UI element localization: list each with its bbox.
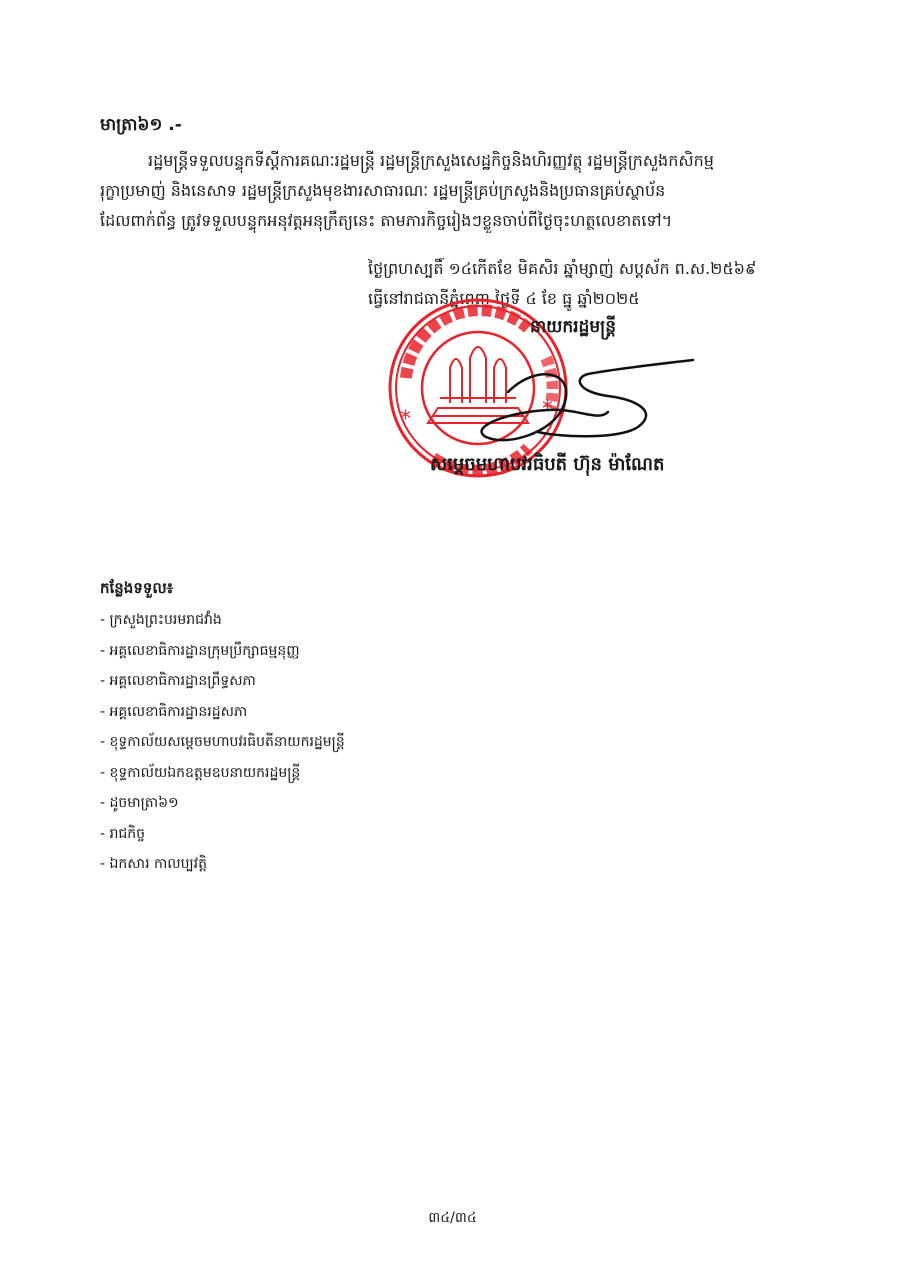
list-item: ឯកសារ កាលប្បវត្តិ bbox=[100, 849, 345, 880]
article-body: រដ្ឋមន្ត្រីទទួលបន្ទុកទីស្ដីការគណៈរដ្ឋមន្… bbox=[100, 146, 812, 236]
svg-text:*: * bbox=[400, 407, 411, 432]
list-item: អគ្គលេខាធិការដ្ឋានព្រឹទ្ធសភា bbox=[100, 666, 345, 697]
list-item: ខុទ្ទកាល័យសម្ដេចមហាបវរធិបតីនាយករដ្ឋមន្ត្… bbox=[100, 727, 345, 758]
article-body-line: ដែលពាក់ព័ន្ធ ត្រូវទទួលបន្ទុកអនុវត្តអនុក្… bbox=[100, 206, 812, 236]
document-page: មាត្រា៦១ .- រដ្ឋមន្ត្រីទទួលបន្ទុកទីស្ដីក… bbox=[0, 0, 905, 1280]
article-body-line: រដ្ឋមន្ត្រីទទួលបន្ទុកទីស្ដីការគណៈរដ្ឋមន្… bbox=[100, 146, 812, 176]
list-item: ដូចមាត្រា៦១ bbox=[100, 788, 345, 819]
signer-title: នាយករដ្ឋមន្ត្រី bbox=[530, 316, 616, 341]
list-item: រាជកិច្ច bbox=[100, 819, 345, 850]
signer-name: សម្ដេចមហាបវរធិបតី ហ៊ុន ម៉ាណែត bbox=[430, 452, 664, 479]
list-item: ក្រសួងព្រះបរមរាជវាំង bbox=[100, 605, 345, 636]
list-item: អគ្គលេខាធិការដ្ឋានរដ្ឋសភា bbox=[100, 697, 345, 728]
article-title: មាត្រា៦១ .- bbox=[100, 114, 182, 139]
lunar-date: ថ្ងៃព្រហស្បតិ៍ ១៤កើតខែ មិគសិរ ឆ្នាំម្សាញ… bbox=[368, 254, 756, 284]
article-body-line: រុក្ខាប្រមាញ់ និងនេសាទ រដ្ឋមន្ត្រីក្រសួង… bbox=[100, 176, 812, 206]
handwritten-signature-icon bbox=[468, 352, 718, 448]
recipients-title: កន្លែងទទួល៖ bbox=[100, 579, 173, 601]
list-item: អគ្គលេខាធិការដ្ឋានក្រុមប្រឹក្សាធម្មនុញ្ញ bbox=[100, 636, 345, 667]
list-item: ខុទ្ទកាល័យឯកឧត្តមឧបនាយករដ្ឋមន្ត្រី bbox=[100, 758, 345, 789]
page-number: ៣៤/៣៤ bbox=[0, 1208, 905, 1229]
recipients-list: ក្រសួងព្រះបរមរាជវាំង អគ្គលេខាធិការដ្ឋានក… bbox=[100, 605, 345, 880]
